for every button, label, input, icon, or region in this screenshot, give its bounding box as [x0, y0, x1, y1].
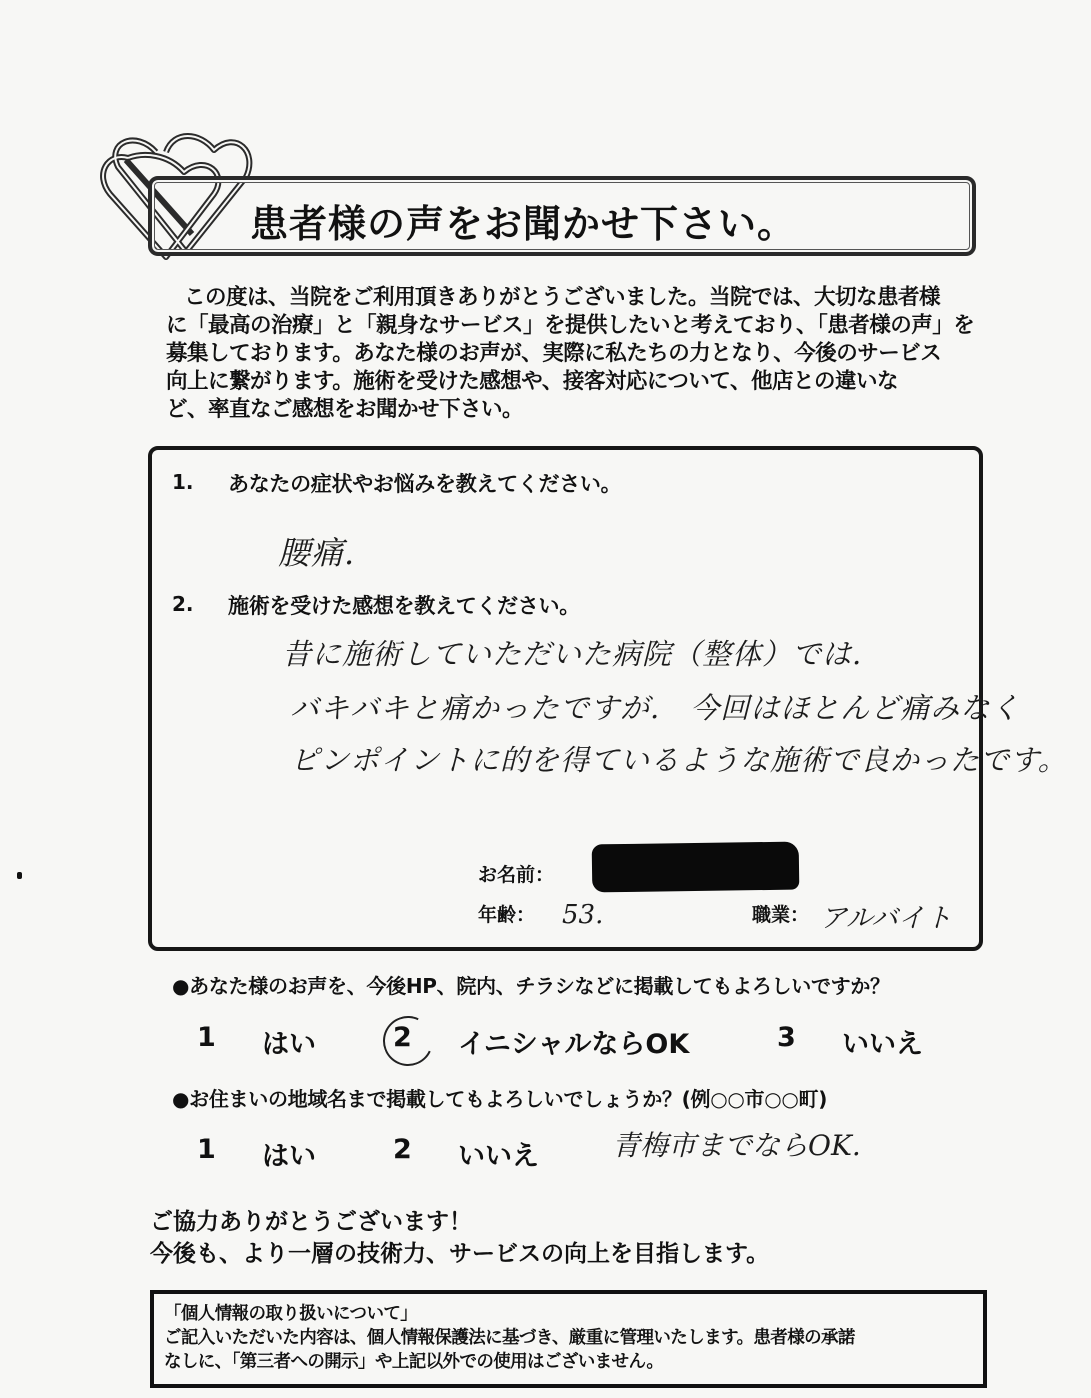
area-option-2-number[interactable]: 2: [393, 1134, 412, 1165]
area-option-2-label[interactable]: いいえ: [458, 1134, 539, 1173]
occupation-label: 職業：: [752, 900, 809, 927]
occupation-value[interactable]: アルバイト: [820, 896, 952, 935]
question-2-number: 2.: [172, 592, 194, 616]
question-2-answer-line[interactable]: ピンポイントに的を得ているような施術で良かったです。: [290, 738, 1068, 779]
scan-speck: [17, 872, 22, 879]
area-permission-question: ●お住まいの地域名まで掲載してもよろしいでしょうか？(例○○市○○町): [172, 1083, 827, 1112]
area-option-1-number[interactable]: 1: [197, 1134, 216, 1165]
intro-line: に「最高の治療」と「親身なサービス」を提供したいと考えており、「患者様の声」を: [166, 312, 976, 340]
name-label: お名前：: [478, 860, 554, 887]
publish-option-1-label[interactable]: はい: [262, 1022, 316, 1061]
question-2-answer-line[interactable]: バキバキと痛かったですが. 今回はほとんど痛みなく: [290, 686, 1020, 727]
publish-option-3-number[interactable]: 3: [777, 1022, 796, 1053]
privacy-notice-box: 「個人情報の取り扱いについて」 ご記入いただいた内容は、個人情報保護法に基づき、…: [150, 1290, 987, 1388]
age-label: 年齢：: [478, 900, 535, 927]
privacy-title: 「個人情報の取り扱いについて」: [164, 1302, 971, 1326]
page-title: 患者様の声をお聞かせ下さい。: [250, 193, 796, 248]
intro-line: 向上に繋がります。施術を受けた感想や、接客対応について、他店との違いな: [166, 368, 976, 396]
publish-option-2-number[interactable]: 2: [393, 1022, 412, 1053]
area-handwritten-note[interactable]: 青梅市までならOK.: [612, 1124, 861, 1164]
publish-option-1-number[interactable]: 1: [197, 1022, 216, 1053]
publish-permission-question: ●あなた様のお声を、今後HP、院内、チラシなどに掲載してもよろしいですか？: [172, 970, 890, 999]
intro-line: この度は、当院をご利用頂きありがとうございました。当院では、大切な患者様: [166, 284, 976, 312]
question-2-text: 施術を受けた感想を教えてください。: [228, 590, 580, 620]
publish-option-2-label[interactable]: イニシャルならOK: [458, 1022, 689, 1061]
question-2-answer-line[interactable]: 昔に施術していただいた病院（整体）では.: [282, 632, 862, 673]
thanks-line-1: ご協力ありがとうございます！: [150, 1206, 769, 1238]
privacy-line-2: なしに、「第三者への開示」や上記以外での使用はございません。: [164, 1350, 971, 1374]
thanks-message: ご協力ありがとうございます！ 今後も、より一層の技術力、サービスの向上を目指しま…: [150, 1206, 769, 1270]
question-1-number: 1.: [172, 470, 194, 494]
intro-paragraph: この度は、当院をご利用頂きありがとうございました。当院では、大切な患者様 に「最…: [166, 284, 976, 424]
intro-line: ど、率直なご感想をお聞かせ下さい。: [166, 396, 976, 424]
publish-option-3-label[interactable]: いいえ: [842, 1022, 923, 1061]
age-value[interactable]: 53.: [562, 900, 603, 930]
name-redaction: [592, 842, 800, 893]
intro-line: 募集しております。あなた様のお声が、実際に私たちの力となり、今後のサービス: [166, 340, 976, 368]
privacy-line-1: ご記入いただいた内容は、個人情報保護法に基づき、厳重に管理いたします。患者様の承…: [164, 1326, 971, 1350]
thanks-line-2: 今後も、より一層の技術力、サービスの向上を目指します。: [150, 1238, 769, 1270]
question-1-answer[interactable]: 腰痛.: [278, 528, 355, 574]
question-1-text: あなたの症状やお悩みを教えてください。: [228, 468, 621, 498]
area-option-1-label[interactable]: はい: [262, 1134, 316, 1173]
